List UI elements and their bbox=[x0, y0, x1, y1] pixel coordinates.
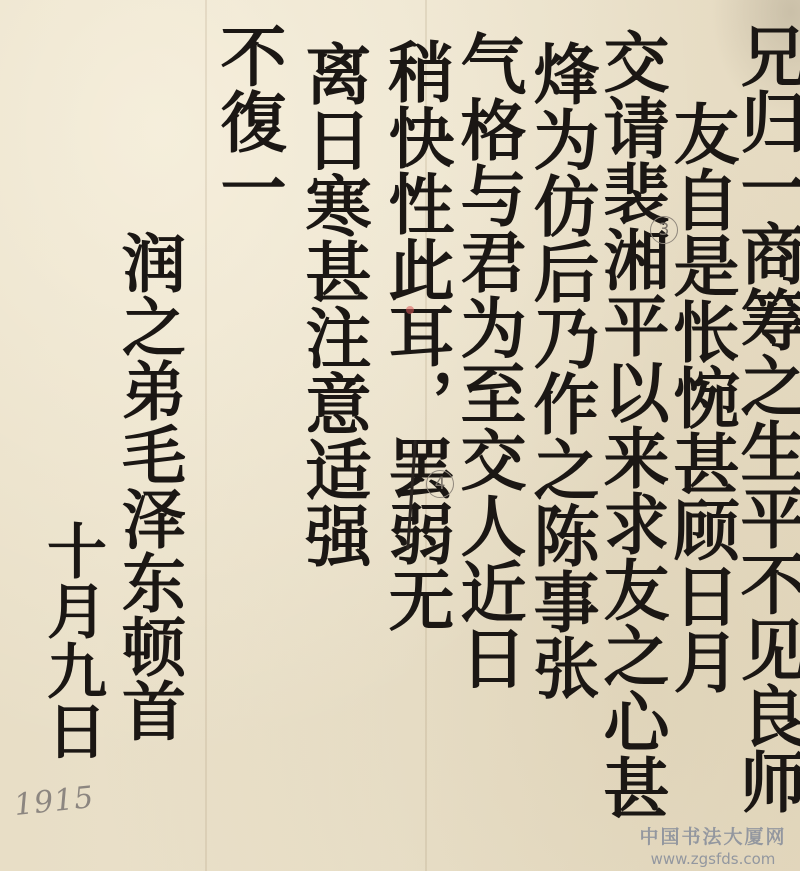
red-ink-dot bbox=[406, 306, 414, 314]
site-watermark: 中国书法大厦网 www.zgsfds.com bbox=[628, 822, 798, 868]
letter-column-8: 不復一 bbox=[215, 22, 281, 220]
letter-column-2: 友自是怅惋甚顾日月 bbox=[668, 100, 734, 694]
letter-column-1: 兄归一商筹之生平不见良师 bbox=[735, 22, 800, 814]
circled-number-annotation: 3 bbox=[650, 216, 678, 244]
paper-fold-line bbox=[205, 0, 207, 871]
letter-column-6: 稍快性此耳，罢弱无 bbox=[383, 38, 449, 632]
letter-column-4: 烽为仿后乃作之陈事张 bbox=[528, 40, 594, 700]
watermark-site-name: 中国书法大厦网 bbox=[628, 822, 798, 849]
signature: 润之弟毛泽东顿首 bbox=[116, 230, 180, 742]
circled-number-annotation: 4 bbox=[426, 470, 454, 498]
letter-column-3: 交请裴湘平以来求友之心甚 bbox=[598, 28, 664, 820]
letter-column-7: 离日寒甚注意适强 bbox=[300, 40, 366, 568]
letter-date: 十月九日 bbox=[42, 520, 102, 760]
letter-column-5: 气格与君为至交人近日 bbox=[455, 30, 521, 690]
watermark-url: www.zgsfds.com bbox=[628, 850, 798, 868]
